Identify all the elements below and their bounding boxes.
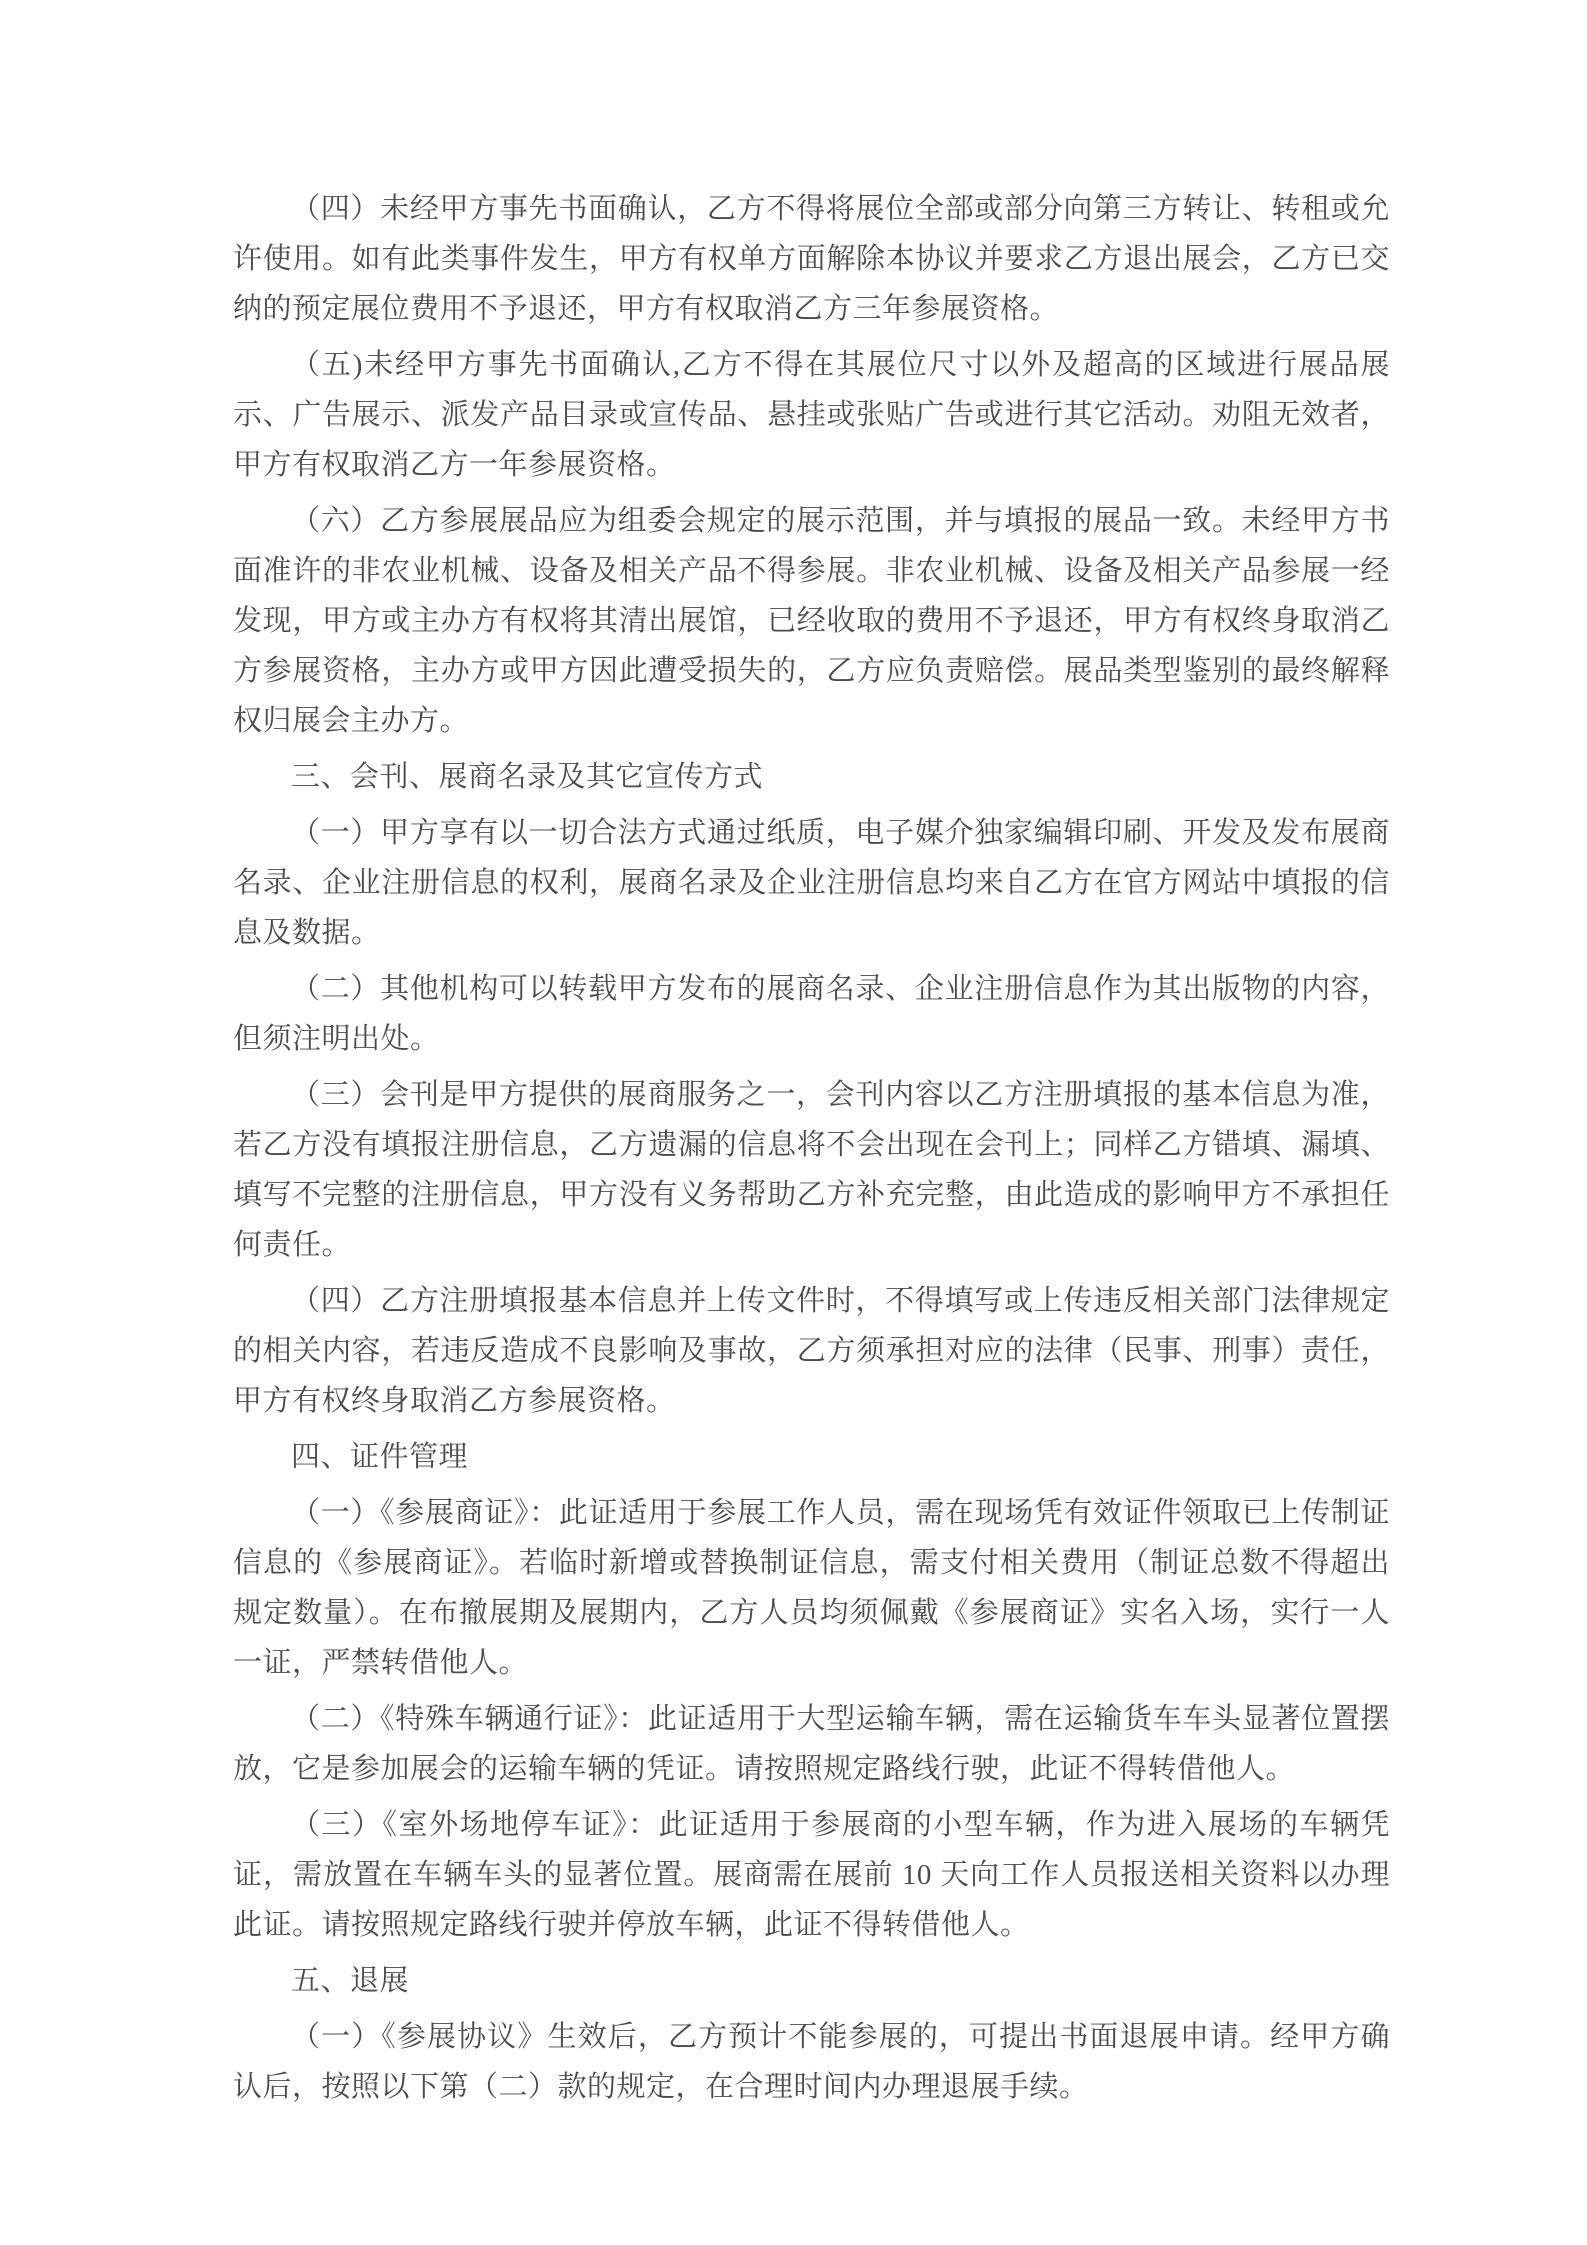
section-4-heading-credentials: 四、证件管理 (233, 1432, 1390, 1482)
clause-4-2-vehicle-pass-para: （二）《特殊车辆通行证》：此证适用于大型运输车辆，需在运输货车车头显著位置摆放，… (233, 1694, 1390, 1794)
clause-3-2-reprint-para: （二）其他机构可以转载甲方发布的展商名录、企业注册信息作为其出版物的内容，但须注… (233, 964, 1390, 1064)
clause-3-3-journal-para: （三）会刊是甲方提供的展商服务之一，会刊内容以乙方注册填报的基本信息为准，若乙方… (233, 1070, 1390, 1270)
clause-4-3-parking-pass-para: （三）《室外场地停车证》：此证适用于参展商的小型车辆，作为进入展场的车辆凭证，需… (233, 1800, 1390, 1950)
clause-2-4-transfer-para: （四）未经甲方事先书面确认，乙方不得将展位全部或部分向第三方转让、转租或允许使用… (233, 184, 1390, 334)
section-3-heading-publicity: 三、会刊、展商名录及其它宣传方式 (233, 752, 1390, 802)
clause-3-1-directory-para: （一）甲方享有以一切合法方式通过纸质，电子媒介独家编辑印刷、开发及发布展商名录、… (233, 808, 1390, 958)
clause-3-4-upload-para: （四）乙方注册填报基本信息并上传文件时，不得填写或上传违反相关部门法律规定的相关… (233, 1276, 1390, 1426)
document-page: （四）未经甲方事先书面确认，乙方不得将展位全部或部分向第三方转让、转租或允许使用… (0, 0, 1587, 2245)
clause-2-5-overheight-para: （五)未经甲方事先书面确认,乙方不得在其展位尺寸以外及超高的区域进行展品展示、广… (233, 340, 1390, 490)
section-5-heading-withdrawal: 五、退展 (233, 1956, 1390, 2006)
clause-2-6-exhibits-para: （六）乙方参展展品应为组委会规定的展示范围，并与填报的展品一致。未经甲方书面准许… (233, 496, 1390, 746)
clause-5-1-withdrawal-para: （一）《参展协议》生效后，乙方预计不能参展的，可提出书面退展申请。经甲方确认后，… (233, 2012, 1390, 2112)
clause-4-1-exhibitor-badge-para: （一）《参展商证》：此证适用于参展工作人员，需在现场凭有效证件领取已上传制证信息… (233, 1488, 1390, 1688)
document-content: （四）未经甲方事先书面确认，乙方不得将展位全部或部分向第三方转让、转租或允许使用… (233, 184, 1390, 2118)
